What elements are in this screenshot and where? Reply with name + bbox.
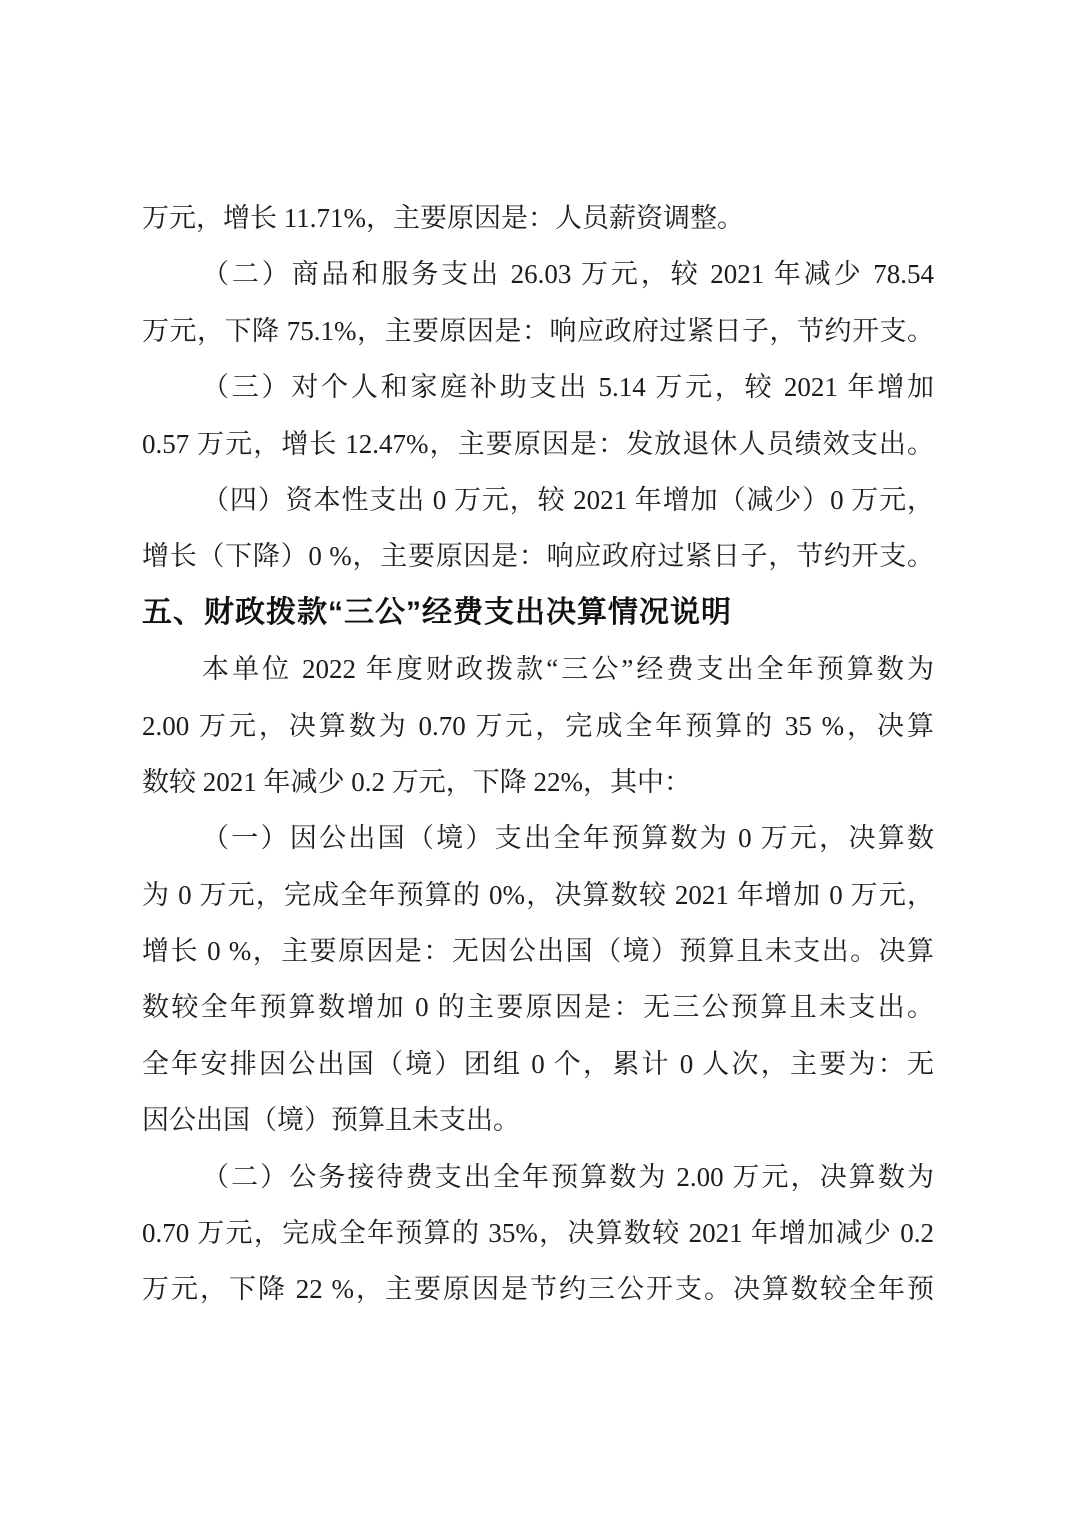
body-text-line: 增长 0 %，主要原因是：无因公出国（境）预算且未支出。决算 xyxy=(142,923,934,979)
body-text-line: （二）公务接待费支出全年预算数为 2.00 万元，决算数为 xyxy=(142,1149,934,1205)
body-text-line: 数较 2021 年减少 0.2 万元，下降 22%，其中： xyxy=(142,754,934,810)
body-text-line: 2.00 万元，决算数为 0.70 万元，完成全年预算的 35 %，决算 xyxy=(142,698,934,754)
body-text-line: 万元，下降 22 %，主要原因是节约三公开支。决算数较全年预 xyxy=(142,1261,934,1317)
body-text-line: （三）对个人和家庭补助支出 5.14 万元，较 2021 年增加 xyxy=(142,359,934,415)
body-text-line: （四）资本性支出 0 万元，较 2021 年增加（减少）0 万元， xyxy=(142,472,934,528)
section-heading: 五、财政拨款“三公”经费支出决算情况说明 xyxy=(142,585,934,641)
body-text-line: 0.57 万元，增长 12.47%，主要原因是：发放退休人员绩效支出。 xyxy=(142,416,934,472)
body-text-line: 因公出国（境）预算且未支出。 xyxy=(142,1092,934,1148)
body-text-line: 万元，下降 75.1%，主要原因是：响应政府过紧日子，节约开支。 xyxy=(142,303,934,359)
body-text-line: 万元，增长 11.71%，主要原因是：人员薪资调整。 xyxy=(142,190,934,246)
body-text-line: 为 0 万元，完成全年预算的 0%，决算数较 2021 年增加 0 万元， xyxy=(142,867,934,923)
document-page: 万元，增长 11.71%，主要原因是：人员薪资调整。（二）商品和服务支出 26.… xyxy=(0,0,1074,1520)
body-text-line: 全年安排因公出国（境）团组 0 个，累计 0 人次，主要为：无 xyxy=(142,1036,934,1092)
body-text-line: （二）商品和服务支出 26.03 万元，较 2021 年减少 78.54 xyxy=(142,246,934,302)
body-text-line: 增长（下降）0 %，主要原因是：响应政府过紧日子，节约开支。 xyxy=(142,528,934,584)
body-text-line: 0.70 万元，完成全年预算的 35%，决算数较 2021 年增加减少 0.2 xyxy=(142,1205,934,1261)
document-body: 万元，增长 11.71%，主要原因是：人员薪资调整。（二）商品和服务支出 26.… xyxy=(142,190,934,1318)
body-text-line: 数较全年预算数增加 0 的主要原因是：无三公预算且未支出。 xyxy=(142,979,934,1035)
body-text-line: 本单位 2022 年度财政拨款“三公”经费支出全年预算数为 xyxy=(142,641,934,697)
body-text-line: （一）因公出国（境）支出全年预算数为 0 万元，决算数 xyxy=(142,810,934,866)
